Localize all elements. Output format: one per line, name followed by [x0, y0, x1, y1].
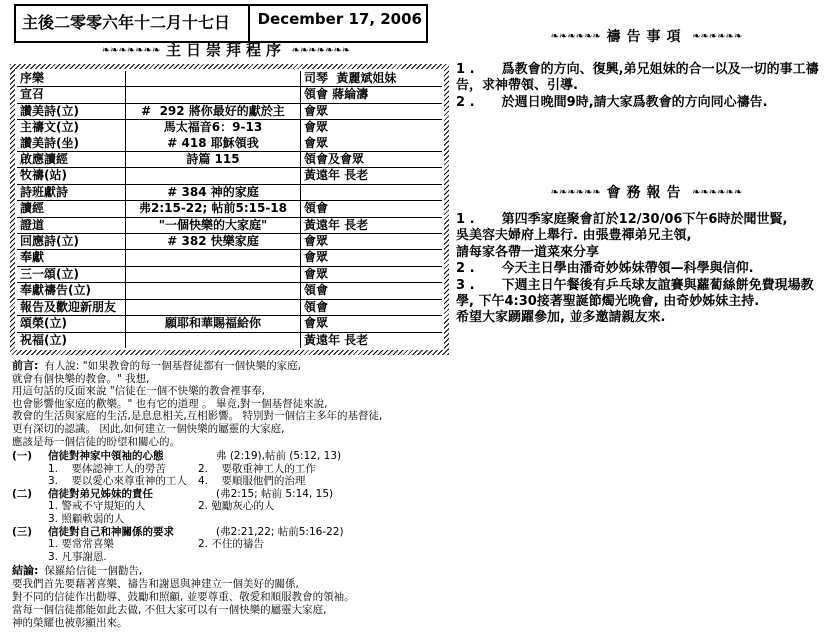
outline-section-head: (三)信徒對自己和神關係的要求(弗2:21,22; 帖前5:16-22)	[12, 526, 454, 539]
program-item-who: 司琴 黃麗斌姐妹	[301, 71, 443, 87]
outline-section-head: (二)信徒對弟兄姊妹的責任(弗2:15; 帖前 5:14, 15)	[12, 488, 454, 501]
program-item-content: 詩篇 115	[126, 152, 301, 168]
program-item-who: 會眾	[301, 316, 443, 332]
program-item-content: 馬太福音6：9-13	[126, 120, 301, 136]
program-item-content: 願耶和華賜福給你	[126, 316, 301, 332]
outline-section-number: (一)	[12, 450, 48, 463]
program-item-who: 會眾	[301, 136, 443, 152]
report-item-line: 學, 下午4:30接著聖誕節燭光晚會, 由奇妙姊妹主持.	[456, 294, 836, 310]
prayer-item-line: 告，求神帶領、引導.	[456, 78, 836, 94]
program-item-content: # 418 耶穌領我	[126, 136, 301, 152]
outline-point-row: 3. 照顧軟弱的人	[48, 513, 454, 526]
program-item-content	[126, 71, 301, 87]
program-item-label: 報告及歡迎新朋友	[17, 299, 126, 315]
program-item-content	[126, 299, 301, 315]
report-item-line: 1 . 第四季家庭聚會訂於12/30/06下午6時於聞世賢,	[456, 212, 836, 228]
outline-point: 1. 要常常喜樂	[48, 538, 198, 551]
program-item-label: 祝福(立)	[17, 332, 126, 348]
preface-line: 教會的生活與家庭的生活,是息息相关,互相影響。 特別對一個信主多年的基督徒,	[12, 410, 454, 423]
prayer-items-header: ❧❧❧❧❧❧ 禱告事項 ❧❧❧❧❧❧	[455, 26, 838, 46]
program-row: 頌榮(立)願耶和華賜福給你會眾	[17, 316, 442, 332]
affairs-report-list: 1 . 第四季家庭聚會訂於12/30/06下午6時於聞世賢,吳美容夫婦府上舉行.…	[456, 212, 836, 327]
conclusion-line: 結論:保羅給信徒一個勸告,	[12, 564, 454, 578]
ornament-right-icon: ❧❧❧❧❧❧❧	[292, 45, 351, 56]
sermon-preface: 前言:有人說: "如果教會的每一個基督徒都有一個快樂的家庭,就會有個快樂的教會。…	[12, 360, 454, 448]
program-item-label: 牧禱(站)	[17, 168, 126, 184]
outline-section: (一)信徒對神家中領袖的心態弗 (2:19),帖前 (5:12, 13)1. 要…	[12, 450, 454, 488]
conclusion-line: 當每一個信徒都能如此去做, 不但大家可以有一個快樂的屬靈大家庭,	[12, 604, 454, 617]
report-item-line: 請每家各帶一道菜來分享	[456, 245, 836, 261]
program-item-label: 回應詩(立)	[17, 234, 126, 250]
program-row: 祝福(立)黃遠年 長老	[17, 332, 442, 348]
preface-line-text: 有人說: "如果教會的每一個基督徒都有一個快樂的家庭,	[44, 360, 301, 372]
date-english: December 17, 2006	[250, 6, 426, 41]
prayer-items-list: 1 . 爲教會的方向、復興,弟兄姐妹的合一以及一切的事工禱告，求神帶領、引導.2…	[456, 62, 836, 111]
bulletin-page: 主後二零零六年十二月十七日 December 17, 2006 ❧❧❧❧❧❧❧ …	[0, 0, 838, 634]
prayer-item-line: 2 . 於週日晚間9時,請大家爲教會的方向同心禱告.	[456, 95, 836, 111]
preface-line: 也會影響他家庭的歡樂。" 也有它的道理 。 畢竟,對一個基督徒來說,	[12, 398, 454, 411]
program-item-content: "一個快樂的大家庭"	[126, 217, 301, 233]
program-item-label: 啟應讀經	[17, 152, 126, 168]
outline-point: 4. 要順服他們的治理	[198, 475, 454, 488]
date-box: 主後二零零六年十二月十七日 December 17, 2006	[14, 4, 428, 43]
program-item-content: # 382 快樂家庭	[126, 234, 301, 250]
program-row: 序樂司琴 黃麗斌姐妹	[17, 71, 442, 87]
outline-section: (三)信徒對自己和神關係的要求(弗2:21,22; 帖前5:16-22)1. 要…	[12, 526, 454, 564]
outline-point	[198, 551, 454, 564]
program-item-who: 會眾	[301, 103, 443, 119]
report-item-line: 2 . 今天主日學由潘奇妙姊妹帶領—科學與信仰.	[456, 261, 836, 277]
program-row: 詩班獻詩# 384 神的家庭	[17, 184, 442, 200]
program-row: 奉獻禱告(立)領會	[17, 283, 442, 299]
ornament-left-icon: ❧❧❧❧❧❧❧	[102, 45, 161, 56]
program-item-who: 會眾	[301, 234, 443, 250]
program-item-who: 會眾	[301, 250, 443, 266]
program-row: 宣召領會 蔣綸濤	[17, 87, 442, 103]
program-row: 回應詩(立)# 382 快樂家庭會眾	[17, 234, 442, 250]
outline-point-row: 1. 要常常喜樂2. 不住的禱告	[48, 538, 454, 551]
worship-order-title: ❧❧❧❧❧❧❧ 主日崇拜程序 ❧❧❧❧❧❧❧	[0, 39, 452, 60]
outline-point-row: 1. 警戒不守規矩的人2. 勉勵灰心的人	[48, 500, 454, 513]
conclusion-line: 對不同的信徒作出勸導、鼓勵和照顧, 並要尊重、敬愛和順服教會的領袖。	[12, 591, 454, 604]
program-row: 報告及歡迎新朋友領會	[17, 299, 442, 315]
program-item-who: 領會	[301, 283, 443, 299]
program-item-label: 三一頌(立)	[17, 266, 126, 282]
program-row: 證道"一個快樂的大家庭"黃遠年 長老	[17, 217, 442, 233]
program-item-label: 讚美詩(坐)	[17, 136, 126, 152]
program-item-who	[301, 184, 443, 200]
program-row: 啟應讀經詩篇 115領會及會眾	[17, 152, 442, 168]
prayer-ornament-left-icon: ❧❧❧❧❧❧	[551, 31, 601, 42]
program-item-content	[126, 266, 301, 282]
program-item-label: 序樂	[17, 71, 126, 87]
program-table-inner: 序樂司琴 黃麗斌姐妹宣召領會 蔣綸濤讚美詩(立)# 292 將你最好的獻於主會眾…	[15, 69, 444, 350]
prayer-ornament-right-icon: ❧❧❧❧❧❧	[692, 31, 742, 42]
outline-point: 2. 不住的禱告	[198, 538, 454, 551]
program-row: 讀經弗2:15-22; 帖前5:15-18領會	[17, 201, 442, 217]
affairs-report-title: 會務報告	[607, 185, 687, 201]
affairs-report-header: ❧❧❧❧❧❧ 會務報告 ❧❧❧❧❧❧	[455, 182, 838, 202]
program-item-label: 主禱文(立)	[17, 120, 126, 136]
outline-point-row: 3. 凡事謝恩.	[48, 551, 454, 564]
outline-section-head: (一)信徒對神家中領袖的心態弗 (2:19),帖前 (5:12, 13)	[12, 450, 454, 463]
prayer-item-line: 1 . 爲教會的方向、復興,弟兄姐妹的合一以及一切的事工禱	[456, 62, 836, 78]
page-title: 主日崇拜程序	[166, 41, 286, 59]
report-item-line: 希望大家踴躍參加, 並多邀請親友來.	[456, 310, 836, 326]
report-ornament-left-icon: ❧❧❧❧❧❧	[551, 187, 601, 198]
program-table: 序樂司琴 黃麗斌姐妹宣召領會 蔣綸濤讚美詩(立)# 292 將你最好的獻於主會眾…	[17, 71, 442, 348]
prayer-items-title: 禱告事項	[607, 29, 687, 45]
program-item-label: 讀經	[17, 201, 126, 217]
program-table-frame: 序樂司琴 黃麗斌姐妹宣召領會 蔣綸濤讚美詩(立)# 292 將你最好的獻於主會眾…	[10, 64, 449, 355]
sermon-conclusion: 結論:保羅給信徒一個勸告,要我們首先要藉著喜樂、禱告和謝恩與神建立一個美好的關係…	[12, 564, 454, 630]
preface-line: 應該是每一個信徒的盼望和關心的。	[12, 436, 454, 449]
preface-line: 用這句話的反面來說 "信徒在一個不快樂的教會裡事奉,	[12, 385, 454, 398]
program-table-body: 序樂司琴 黃麗斌姐妹宣召領會 蔣綸濤讚美詩(立)# 292 將你最好的獻於主會眾…	[17, 71, 442, 348]
program-item-who: 會眾	[301, 120, 443, 136]
program-item-label: 奉獻	[17, 250, 126, 266]
program-item-content: 弗2:15-22; 帖前5:15-18	[126, 201, 301, 217]
program-item-who: 領會	[301, 201, 443, 217]
program-item-who: 領會	[301, 299, 443, 315]
outline-section-ref: (弗2:21,22; 帖前5:16-22)	[216, 526, 454, 539]
program-item-label: 證道	[17, 217, 126, 233]
program-item-content	[126, 168, 301, 184]
outline-section: (二)信徒對弟兄姊妹的責任(弗2:15; 帖前 5:14, 15)1. 警戒不守…	[12, 488, 454, 526]
outline-point-row: 1. 要体認神工人的勞苦2. 要敬重神工人的工作	[48, 463, 454, 476]
preface-line: 就會有個快樂的教會。" 我想,	[12, 373, 454, 386]
outline-section-number: (三)	[12, 526, 48, 539]
outline-section-number: (二)	[12, 488, 48, 501]
outline-point: 3. 要以愛心來尊重神的工人	[48, 475, 198, 488]
outline-section-title: 信徒對自己和神關係的要求	[48, 526, 216, 539]
program-item-who: 黃遠年 長老	[301, 332, 443, 348]
program-row: 讚美詩(立)# 292 將你最好的獻於主會眾	[17, 103, 442, 119]
date-chinese: 主後二零零六年十二月十七日	[16, 6, 250, 41]
program-item-label: 詩班獻詩	[17, 184, 126, 200]
report-item-line: 吳美容夫婦府上舉行. 由張豊禪弟兄主領,	[456, 228, 836, 244]
outline-point: 1. 要体認神工人的勞苦	[48, 463, 198, 476]
outline-section-ref: 弗 (2:19),帖前 (5:12, 13)	[216, 450, 454, 463]
conclusion-line-text: 保羅給信徒一個勸告,	[44, 565, 142, 577]
program-item-content	[126, 332, 301, 348]
program-item-label: 頌榮(立)	[17, 316, 126, 332]
outline-section-title: 信徒對弟兄姊妹的責任	[48, 488, 216, 501]
program-row: 奉獻會眾	[17, 250, 442, 266]
outline-section-title: 信徒對神家中領袖的心態	[48, 450, 216, 463]
program-item-who: 黃遠年 長老	[301, 217, 443, 233]
program-row: 牧禱(站)黃遠年 長老	[17, 168, 442, 184]
program-item-who: 會眾	[301, 266, 443, 282]
program-item-content	[126, 87, 301, 103]
outline-section-ref: (弗2:15; 帖前 5:14, 15)	[216, 488, 454, 501]
program-item-who: 領會 蔣綸濤	[301, 87, 443, 103]
report-item-line: 3 . 下週主日午餐後有乒乓球友誼賽與蘿蔔絲餅免費現場教	[456, 278, 836, 294]
preface-line-label: 前言:	[12, 359, 38, 372]
conclusion-line-label: 結論:	[12, 564, 38, 577]
outline-point: 1. 警戒不守規矩的人	[48, 500, 198, 513]
program-item-who: 黃遠年 長老	[301, 168, 443, 184]
report-ornament-right-icon: ❧❧❧❧❧❧	[692, 187, 742, 198]
program-row: 主禱文(立)馬太福音6：9-13會眾	[17, 120, 442, 136]
program-item-who: 領會及會眾	[301, 152, 443, 168]
program-item-label: 讚美詩(立)	[17, 103, 126, 119]
program-item-content	[126, 250, 301, 266]
conclusion-line: 要我們首先要藉著喜樂、禱告和謝恩與神建立一個美好的關係,	[12, 578, 454, 591]
outline-point: 2. 勉勵灰心的人	[198, 500, 454, 513]
program-item-label: 奉獻禱告(立)	[17, 283, 126, 299]
program-item-content: # 384 神的家庭	[126, 184, 301, 200]
preface-line: 更有深切的認識。 因此,如何建立一個快樂的屬靈的大家庭,	[12, 423, 454, 436]
program-item-label: 宣召	[17, 87, 126, 103]
preface-line: 前言:有人說: "如果教會的每一個基督徒都有一個快樂的家庭,	[12, 360, 454, 373]
program-item-content	[126, 283, 301, 299]
sermon-outline: (一)信徒對神家中領袖的心態弗 (2:19),帖前 (5:12, 13)1. 要…	[12, 450, 454, 563]
program-row: 讚美詩(坐)# 418 耶穌領我會眾	[17, 136, 442, 152]
conclusion-line: 神的榮耀也被彰顯出來。	[12, 617, 454, 630]
outline-point: 2. 要敬重神工人的工作	[198, 463, 454, 476]
program-item-content: # 292 將你最好的獻於主	[126, 103, 301, 119]
outline-point: 3. 凡事謝恩.	[48, 551, 198, 564]
outline-point-row: 3. 要以愛心來尊重神的工人4. 要順服他們的治理	[48, 475, 454, 488]
program-row: 三一頌(立)會眾	[17, 266, 442, 282]
outline-point: 3. 照顧軟弱的人	[48, 513, 198, 526]
outline-point	[198, 513, 454, 526]
